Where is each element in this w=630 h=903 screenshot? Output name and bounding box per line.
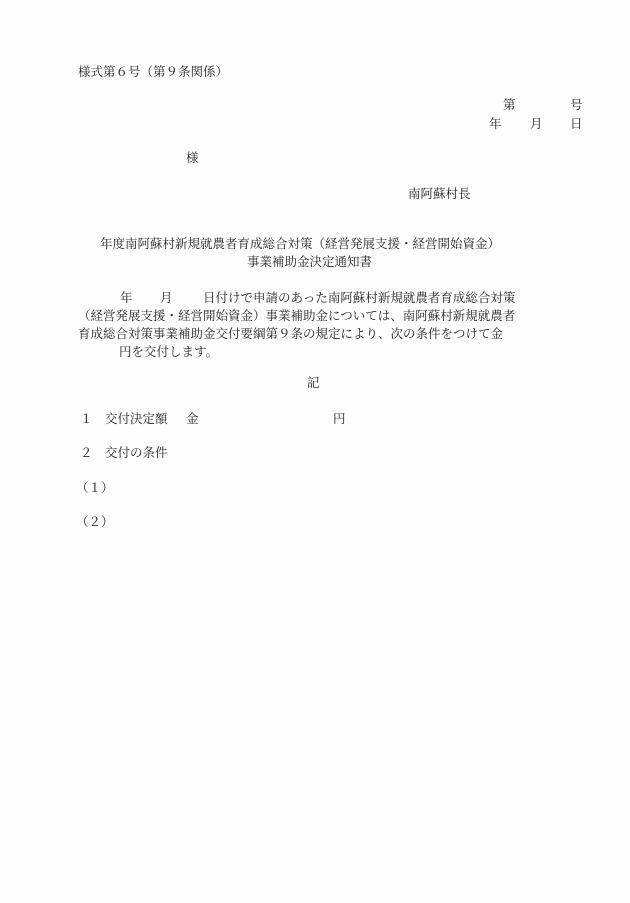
- body-line4: 円を交付します。: [119, 344, 218, 360]
- item1-yen: 円: [333, 411, 346, 427]
- form-label: 様式第６号（第９条関係）: [78, 64, 228, 80]
- body-line2: （経営発展支援・経営開始資金）事業補助金については、南阿蘇村新規就農者: [78, 308, 515, 324]
- item1-kin: 金: [186, 411, 199, 427]
- date-year: 年: [489, 116, 502, 132]
- item1-label: 交付決定額: [105, 411, 168, 427]
- body-line3: 育成総合対策事業補助金交付要綱第９条の規定により、次の条件をつけて金: [78, 326, 503, 342]
- number-prefix: 第: [503, 97, 516, 113]
- addressee-suffix: 様: [186, 150, 199, 166]
- body-month: 月: [160, 290, 173, 306]
- condition-2: （２）: [76, 514, 114, 530]
- condition-1: （１）: [76, 480, 114, 496]
- issuer-name: 南阿蘇村長: [408, 186, 471, 202]
- item1-number: １: [80, 411, 93, 427]
- date-month: 月: [530, 116, 543, 132]
- item2-number: ２: [80, 445, 93, 461]
- date-day: 日: [570, 116, 583, 132]
- item2-label: 交付の条件: [105, 445, 168, 461]
- document-title-line2: 事業補助金決定通知書: [247, 254, 372, 270]
- body-line1: 日付けで申請のあった南阿蘇村新規就農者育成総合対策: [203, 290, 515, 306]
- document-title-line1: 年度南阿蘇村新規就農者育成総合対策（経営発展支援・経営開始資金）: [100, 236, 500, 252]
- number-suffix: 号: [570, 97, 583, 113]
- ki-heading: 記: [307, 375, 320, 391]
- body-year: 年: [120, 290, 133, 306]
